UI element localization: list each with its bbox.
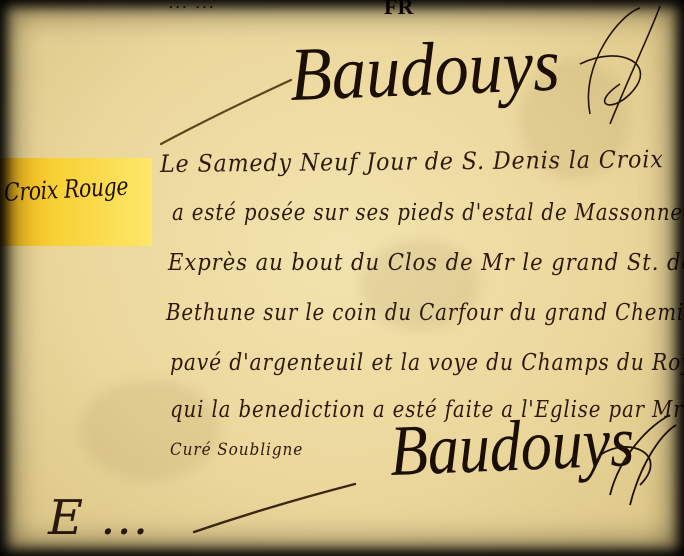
manuscript-page: ... ... FR Baudouys Croix Rouge Le Samed…: [0, 0, 684, 556]
paper-stain: [80, 380, 220, 480]
body-line-5: pavé d'argenteuil et la voye du Champs d…: [170, 350, 684, 376]
signature-flourish: [590, 405, 680, 525]
top-fragment-text: ... ...: [168, 0, 215, 13]
signature-flourish: [560, 4, 670, 154]
body-line-4: Bethune sur le coin du Carfour du grand …: [166, 300, 684, 326]
pen-stroke: [155, 60, 295, 150]
body-line-7: Curé Soubligne: [170, 440, 303, 460]
body-line-1: Le Samedy Neuf Jour de S. Denis la Croix: [160, 145, 664, 178]
bottom-fragment-text: E ...: [48, 490, 149, 546]
body-line-3: Exprès au bout du Clos de Mr le grand St…: [168, 250, 684, 276]
signature-top: Baudouys: [289, 22, 561, 119]
body-line-2: a esté posée sur ses pieds d'estal de Ma…: [172, 200, 684, 226]
pen-stroke: [190, 478, 360, 538]
top-mark: FR: [384, 0, 413, 20]
